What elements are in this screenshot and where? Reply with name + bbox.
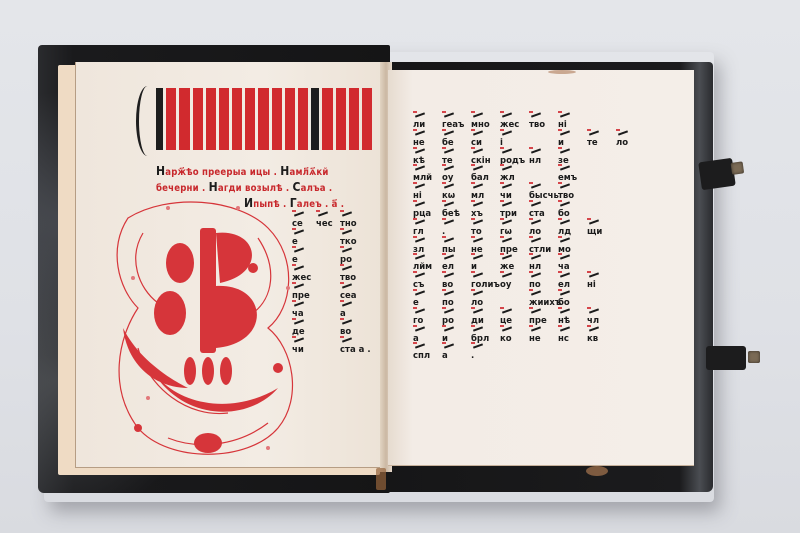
neume-line: еро xyxy=(292,255,364,265)
neume-syllable: бо xyxy=(558,298,587,308)
binding-wear xyxy=(586,466,608,476)
neume-syllable: оу xyxy=(500,280,529,290)
neume-syllable: го xyxy=(413,316,442,326)
lower-clasp xyxy=(706,346,746,370)
neume-syllable: голиъ xyxy=(471,280,500,290)
neume-syllable: не xyxy=(529,334,558,344)
neume-syllable: чи xyxy=(292,345,316,355)
neume-syllable: то xyxy=(471,227,500,237)
neume-syllable: бысчь xyxy=(529,191,558,201)
neume-line: чаа xyxy=(292,309,364,319)
neume-syllable: гл xyxy=(413,227,442,237)
neume-syllable: жл xyxy=(500,173,529,183)
neume-syllable: спл xyxy=(413,351,442,361)
neume-syllable: ча xyxy=(558,262,587,272)
neume-syllable: ел xyxy=(442,262,471,272)
neume-syllable: нл xyxy=(529,156,558,166)
title-text: Ниже чертим е бути xyxy=(154,98,374,108)
neume-syllable: зл xyxy=(413,245,442,255)
neume-syllable: беѣ xyxy=(442,209,471,219)
clasp-pin-icon xyxy=(731,161,745,175)
neume-syllable: ло xyxy=(616,138,645,148)
neume-syllable: хъ xyxy=(471,209,500,219)
neume-syllable: нл xyxy=(529,262,558,272)
neume-syllable: геаъ xyxy=(442,120,471,130)
neume-syllable: і xyxy=(500,138,529,148)
neume-syllable: не xyxy=(413,138,442,148)
neume-syllable: а xyxy=(413,334,442,344)
neume-syllable: ли xyxy=(413,120,442,130)
neume-syllable: ло xyxy=(529,227,558,237)
rubric-line-1: Нарж҃ѣо преерыа ицы . Намл҃ѧ҃кй xyxy=(156,164,329,178)
ornate-title: Ниже чертим е бути xyxy=(140,84,380,162)
neume-syllable: кѡ xyxy=(442,191,471,201)
neume-syllable: ста xyxy=(529,209,558,219)
neume-line: спла. xyxy=(413,351,500,361)
neume-line: чиста а . xyxy=(292,345,364,355)
neume-line: сечестно xyxy=(292,219,364,229)
neume-syllable: щи xyxy=(587,227,616,237)
neume-syllable: ло xyxy=(471,298,500,308)
neume-syllable: емъ xyxy=(558,173,587,183)
neume-syllable: лйм xyxy=(413,262,442,272)
neume-syllable: пы xyxy=(442,245,471,255)
neume-syllable: по xyxy=(442,298,471,308)
neume-syllable: не xyxy=(471,245,500,255)
neume-syllable: пре xyxy=(500,245,529,255)
neume-syllable: брл xyxy=(471,334,500,344)
neume-syllable: тво xyxy=(529,120,558,130)
neume-syllable: е xyxy=(413,298,442,308)
neume-syllable: во xyxy=(442,280,471,290)
neume-syllable: родъ xyxy=(500,156,529,166)
neume-syllable: бе xyxy=(442,138,471,148)
neume-syllable: гѡ xyxy=(500,227,529,237)
neume-syllable: млй xyxy=(413,173,442,183)
clasp-pin-icon xyxy=(748,351,760,363)
neume-syllable: бо xyxy=(558,209,587,219)
page-stain xyxy=(548,70,576,74)
neume-syllable: бал xyxy=(471,173,500,183)
neume-syllable: си xyxy=(471,138,500,148)
neume-syllable: мо xyxy=(558,245,587,255)
neume-syllable: ста а . xyxy=(340,345,364,355)
neume-syllable: и xyxy=(558,138,587,148)
neume-syllable: ди xyxy=(471,316,500,326)
neume-line: дево xyxy=(292,327,364,337)
neume-syllable: пре xyxy=(529,316,558,326)
neume-syllable: чес xyxy=(316,219,340,229)
spine-wear xyxy=(376,468,386,490)
neume-line: етко xyxy=(292,237,364,247)
neume-syllable: мно xyxy=(471,120,500,130)
upper-clasp xyxy=(698,158,736,190)
neume-syllable: три xyxy=(500,209,529,219)
neume-syllable: . xyxy=(471,351,500,361)
neume-line: жество xyxy=(292,273,364,283)
neume-syllable: нс xyxy=(558,334,587,344)
neume-syllable: оу xyxy=(442,173,471,183)
neume-syllable: стли xyxy=(529,245,558,255)
neume-syllable: по xyxy=(529,280,558,290)
neume-syllable: кв xyxy=(587,334,616,344)
neume-syllable: и xyxy=(471,262,500,272)
neume-syllable: зе xyxy=(558,156,587,166)
neume-syllable: скін xyxy=(471,156,500,166)
neume-syllable: рца xyxy=(413,209,442,219)
neume-syllable: и xyxy=(442,334,471,344)
neume-syllable: жес xyxy=(500,120,529,130)
neume-syllable: це xyxy=(500,316,529,326)
neume-syllable: кѣ xyxy=(413,156,442,166)
neume-syllable: ко xyxy=(500,334,529,344)
neume-syllable: . xyxy=(442,227,471,237)
neume-syllable: ел xyxy=(558,280,587,290)
neume-syllable: чи xyxy=(500,191,529,201)
neume-line: пресеа xyxy=(292,291,364,301)
neume-syllable: тво xyxy=(558,191,587,201)
neume-syllable: те xyxy=(442,156,471,166)
neume-syllable: мл xyxy=(471,191,500,201)
illuminated-initial-icon xyxy=(108,188,304,468)
neume-syllable: ні xyxy=(413,191,442,201)
neume-syllable: ні xyxy=(587,280,616,290)
neume-syllable: съ xyxy=(413,280,442,290)
neume-syllable: ро xyxy=(442,316,471,326)
neume-syllable: а xyxy=(442,351,471,361)
neume-syllable: жиихъ xyxy=(529,298,558,308)
neume-syllable: же xyxy=(500,262,529,272)
neume-syllable: чл xyxy=(587,316,616,326)
neume-syllable: лд xyxy=(558,227,587,237)
neume-syllable: те xyxy=(587,138,616,148)
neume-syllable: нѣ xyxy=(558,316,587,326)
neume-syllable: ні xyxy=(558,120,587,130)
